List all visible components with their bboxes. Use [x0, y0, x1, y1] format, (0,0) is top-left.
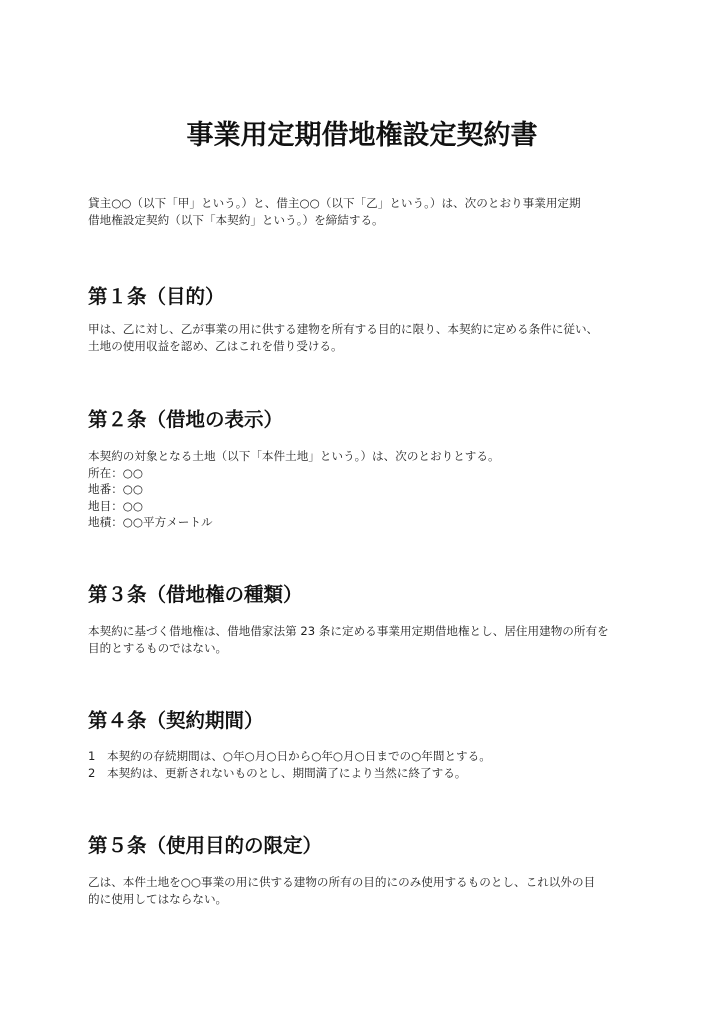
article-line: 目的とするものではない。 — [88, 640, 648, 657]
article-2-body: 本契約の対象となる土地（以下「本件土地」という。）は、次のとおりとする。 所在：… — [88, 448, 648, 531]
article-3-heading: 第３条（借地権の種類） — [88, 582, 303, 608]
article-line: 1 本契約の存続期間は、○年○月○日から○年○月○日までの○年間とする。 — [88, 748, 648, 765]
document-title: 事業用定期借地権設定契約書 — [0, 118, 724, 154]
preamble-line: 借地権設定契約（以下「本契約」という。）を締結する。 — [88, 212, 648, 229]
article-2-heading: 第２条（借地の表示） — [88, 407, 283, 433]
article-line: 地番：○○ — [88, 481, 648, 498]
preamble-line: 貸主○○（以下「甲」という。）と、借主○○（以下「乙」という。）は、次のとおり事… — [88, 195, 648, 212]
article-5-body: 乙は、本件土地を○○事業の用に供する建物の所有の目的にのみ使用するものとし、これ… — [88, 874, 648, 907]
article-1-heading: 第１条（目的） — [88, 284, 225, 310]
article-4-body: 1 本契約の存続期間は、○年○月○日から○年○月○日までの○年間とする。 2 本… — [88, 748, 648, 781]
article-line: 所在：○○ — [88, 465, 648, 482]
article-line: 的に使用してはならない。 — [88, 891, 648, 908]
article-3-body: 本契約に基づく借地権は、借地借家法第 23 条に定める事業用定期借地権とし、居住… — [88, 623, 648, 656]
article-line: 地積：○○平方メートル — [88, 514, 648, 531]
article-line: 甲は、乙に対し、乙が事業の用に供する建物を所有する目的に限り、本契約に定める条件… — [88, 321, 648, 338]
article-line: 乙は、本件土地を○○事業の用に供する建物の所有の目的にのみ使用するものとし、これ… — [88, 874, 648, 891]
article-5-heading: 第５条（使用目的の限定） — [88, 833, 322, 859]
article-line: 土地の使用収益を認め、乙はこれを借り受ける。 — [88, 338, 648, 355]
article-line: 地目：○○ — [88, 498, 648, 515]
article-1-body: 甲は、乙に対し、乙が事業の用に供する建物を所有する目的に限り、本契約に定める条件… — [88, 321, 648, 354]
article-4-heading: 第４条（契約期間） — [88, 708, 264, 734]
document-page: 事業用定期借地権設定契約書 貸主○○（以下「甲」という。）と、借主○○（以下「乙… — [0, 0, 724, 1024]
preamble-paragraph: 貸主○○（以下「甲」という。）と、借主○○（以下「乙」という。）は、次のとおり事… — [88, 195, 648, 228]
article-line: 本契約に基づく借地権は、借地借家法第 23 条に定める事業用定期借地権とし、居住… — [88, 623, 648, 640]
article-line: 本契約の対象となる土地（以下「本件土地」という。）は、次のとおりとする。 — [88, 448, 648, 465]
article-line: 2 本契約は、更新されないものとし、期間満了により当然に終了する。 — [88, 765, 648, 782]
